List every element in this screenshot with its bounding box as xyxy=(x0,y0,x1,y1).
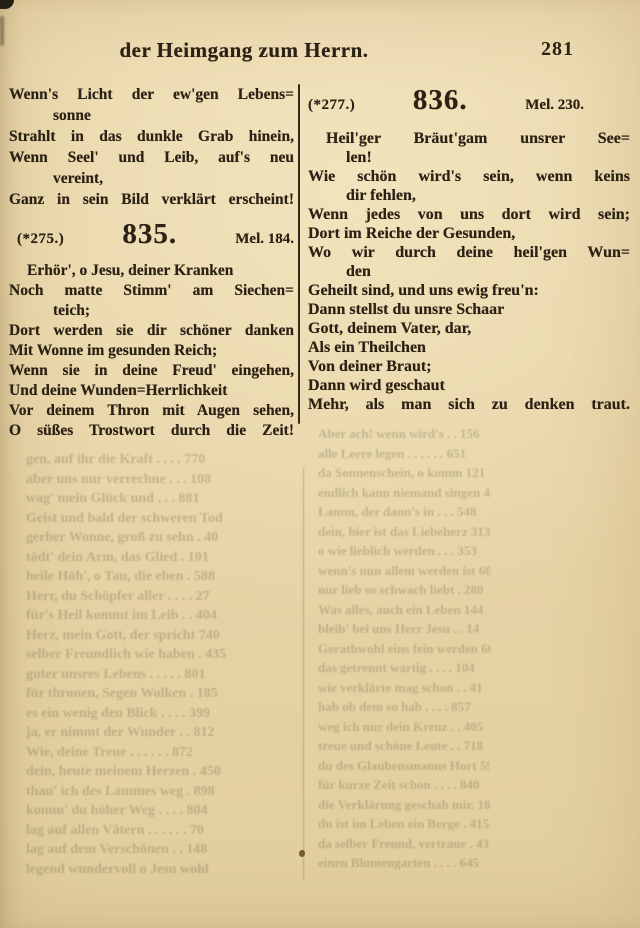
verse-line: len! xyxy=(308,148,630,167)
bleedthrough-line: Herr, du Schöpfer aller . . . . 27 xyxy=(26,587,298,607)
hymn-836-ref: (*277.) xyxy=(308,97,355,114)
hymn-835-stanza: Erhör', o Jesu, deiner KrankenNoch matte… xyxy=(9,261,294,441)
text-columns: Wenn's Licht der ew'gen Lebens=sonneStra… xyxy=(9,84,631,441)
bleedthrough-line: da selber Freund, vertraue . 433 xyxy=(318,834,490,854)
verse-line: Wenn Seel' und Leib, auf's neu xyxy=(9,147,294,168)
verse-line: Als ein Theilchen xyxy=(308,338,630,357)
verse-line: Und deine Wunden=Herrlichkeit xyxy=(9,381,294,401)
verse-line: Mehr, als man sich zu denken traut. xyxy=(308,395,630,414)
bleedthrough-line: endlich kann niemand singen 431 xyxy=(318,483,490,503)
verse-line: Gott, deinem Vater, dar, xyxy=(308,319,630,338)
bleedthrough-line: du ist im Leben ein Berge . 415 xyxy=(318,814,490,834)
verse-line: Mit Wonne im gesunden Reich; xyxy=(9,341,294,361)
bleedthrough-line: legend wundervoll o Jesu wohl xyxy=(26,860,298,880)
bleedthrough-line: wenn's nun allem werden ist 600 xyxy=(318,561,490,581)
hymn-836-number: 836. xyxy=(413,84,468,117)
verse-line: Heil'ger Bräut'gam unsrer See= xyxy=(308,129,630,148)
verse-line: Wenn's Licht der ew'gen Lebens= xyxy=(9,84,294,105)
bleedthrough-line: hab ob dem so hab . . . . 857 xyxy=(318,697,490,717)
bleedthrough-line: selber Freundlich wie haben . 435 xyxy=(26,645,298,665)
bleedthrough-line: lag auf allen Vätern . . . . . . 70 xyxy=(26,821,298,841)
bleedthrough-line: dein, hier ist das Liebeherz 313 xyxy=(318,522,490,542)
hymn-835-number: 835. xyxy=(122,218,177,251)
verse-line: Wenn jedes von uns dort wird sein; xyxy=(308,205,630,224)
bleedthrough-line: lag auf dem Verschönen . . 148 xyxy=(26,840,298,860)
verse-line: Dort im Reiche der Gesunden, xyxy=(308,224,630,243)
bleedthrough-line: gerber Wonne, groß zu sehn . 40 xyxy=(26,528,298,548)
hymn-835-melody: Mel. 184. xyxy=(235,231,294,248)
bleedthrough-line: Gerathwohl eins fein werden 60 xyxy=(318,639,490,659)
bleedthrough-line: einen Blumengarten . . . . 645 xyxy=(318,853,490,873)
stanza-continuation: Wenn's Licht der ew'gen Lebens=sonneStra… xyxy=(9,84,294,210)
bleedthrough-line: komm' du höher Weg . . . . 804 xyxy=(26,801,298,821)
verse-line: Wenn sie in deine Freud' eingehen, xyxy=(9,361,294,381)
hymnal-scanned-page: der Heimgang zum Herrn. 281 gen, auf ihr… xyxy=(0,0,640,928)
verse-line: Dann wird geschaut xyxy=(308,376,630,395)
bleedthrough-line: Herz, mein Gott, der spricht 740 xyxy=(26,626,298,646)
bleedthrough-line: tödt' dein Arm, das Glied . 101 xyxy=(26,548,298,568)
bleedthrough-line: o wie lieblich werden . . . 353 xyxy=(318,541,490,561)
column-divider-rule xyxy=(298,84,300,424)
verse-line: Geheilt sind, und uns ewig freu'n: xyxy=(308,281,630,300)
verse-line: den xyxy=(308,262,630,281)
verse-line: Noch matte Stimm' am Siechen= xyxy=(9,281,294,301)
right-column: (*277.) 836. Mel. 230. Heil'ger Bräut'ga… xyxy=(308,84,630,441)
bleedthrough-line: weg ich nur dein Kreuz . . 405 xyxy=(318,717,490,737)
bleedthrough-line: heile Höh', o Tau, die eben . 588 xyxy=(26,567,298,587)
running-header-title: der Heimgang zum Herrn. xyxy=(0,38,488,63)
bleedthrough-line: du des Glaubensmanns Hort 595 xyxy=(318,756,490,776)
bleedthrough-line: Geist und bald der schweren Tod xyxy=(26,509,298,529)
hymn-836-heading: (*277.) 836. Mel. 230. xyxy=(308,84,584,117)
bleedthrough-line: thau' ich des Lammes weg . 898 xyxy=(26,782,298,802)
verse-line: Wie schön wird's sein, wenn keins xyxy=(308,167,630,186)
bleedthrough-line: nur lieb so schwach liebt . 280 xyxy=(318,580,490,600)
verse-line: Dort werden sie dir schöner danken xyxy=(9,321,294,341)
bleedthrough-line: das getrennt wartig . . . . 104 xyxy=(318,658,490,678)
bleedthrough-line: es ein wenig den Blick . . . . 399 xyxy=(26,704,298,724)
scan-corner-mark xyxy=(0,0,14,9)
bleedthrough-line: bleib' bei uns Herr Jesu . . 14 xyxy=(318,619,490,639)
verse-line: Strahlt in das dunkle Grab hinein, xyxy=(9,126,294,147)
verse-line: teich; xyxy=(9,301,294,321)
verse-line: Wo wir durch deine heil'gen Wun= xyxy=(308,243,630,262)
bleedthrough-line: dein, heute meinem Herzen . 450 xyxy=(26,762,298,782)
verse-line: Erhör', o Jesu, deiner Kranken xyxy=(9,261,294,281)
bleedthrough-line: wie verklärte mag schon . . 41 xyxy=(318,678,490,698)
bleedthrough-line: für thronen, Segen Wolken . 185 xyxy=(26,684,298,704)
hymn-835-ref: (*275.) xyxy=(17,231,64,248)
verse-line: sonne xyxy=(9,105,294,126)
bleedthrough-line: die Verklärung geschah mir. 183 xyxy=(318,795,490,815)
bleedthrough-line: da Sonnenschein, o komm 121 xyxy=(318,463,490,483)
verse-line: Vor deinem Thron mit Augen sehen, xyxy=(9,401,294,421)
bleedthrough-line: für kurze Zeit schon . . . . 840 xyxy=(318,775,490,795)
bleedthrough-line: Was alles, auch ein Leben 144 xyxy=(318,600,490,620)
verse-line: Dann stellst du unsre Schaar xyxy=(308,300,630,319)
bleedthrough-line: Wie, deine Treue . . . . . . 872 xyxy=(26,743,298,763)
hymn-836-melody: Mel. 230. xyxy=(525,97,584,114)
bleedthrough-text-left: gen, auf ihr die Kraft . . . . 770aber u… xyxy=(26,450,298,879)
scan-edge-smudge xyxy=(0,16,4,46)
verse-line: O süßes Trostwort durch die Zeit! xyxy=(9,421,294,441)
bleedthrough-line: guter unsres Lebens . . . . . 801 xyxy=(26,665,298,685)
bleedthrough-text-right: Aber ach! wenn wird's . . 156alle Leere … xyxy=(318,424,490,873)
bleedthrough-line: wag' mein Glück und . . . 881 xyxy=(26,489,298,509)
bleedthrough-line: ja, er nimmt der Wunder . . 812 xyxy=(26,723,298,743)
verse-line: Von deiner Braut; xyxy=(308,357,630,376)
bleedthrough-line: alle Leere legen . . . . . . 651 xyxy=(318,444,490,464)
hymn-835-heading: (*275.) 835. Mel. 184. xyxy=(17,218,294,251)
verse-line: dir fehlen, xyxy=(308,186,630,205)
verse-line: vereint, xyxy=(9,168,294,189)
bleedthrough-line: aber uns nur verrechne . . . 108 xyxy=(26,470,298,490)
bleedthrough-line: treue und schöne Leute . . 718 xyxy=(318,736,490,756)
hymn-836-stanza: Heil'ger Bräut'gam unsrer See=len!Wie sc… xyxy=(308,129,630,414)
verse-line: Ganz in sein Bild verklärt erscheint! xyxy=(9,189,294,210)
bleedthrough-line: gen, auf ihr die Kraft . . . . 770 xyxy=(26,450,298,470)
bleedthrough-line: für's Heil kommt im Leib . . 404 xyxy=(26,606,298,626)
bleedthrough-line: Lamm, der dann's in . . . 548 xyxy=(318,502,490,522)
bleedthrough-column-divider xyxy=(303,468,304,880)
ink-speck xyxy=(299,850,305,857)
left-column: Wenn's Licht der ew'gen Lebens=sonneStra… xyxy=(9,84,294,441)
page-number: 281 xyxy=(541,38,574,61)
